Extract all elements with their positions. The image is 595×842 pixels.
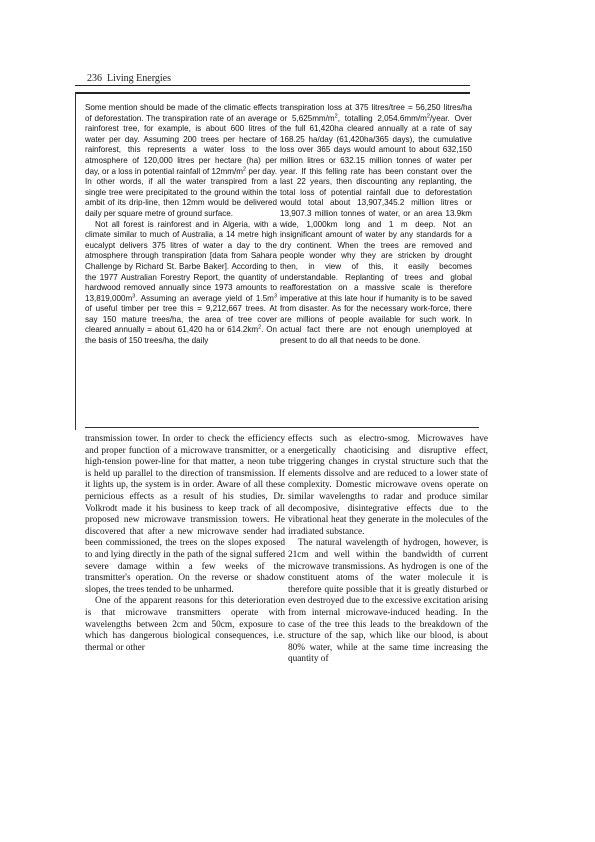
body-paragraph: One of the apparent reasons for this det… <box>85 596 285 654</box>
sidebar-paragraph: Not all forest is rainforest and in Alge… <box>85 220 277 347</box>
body-right-column: effects such as electro-smog. Microwaves… <box>288 434 488 666</box>
sidebar-right-column: transpiration loss at 375 litres/tree = … <box>280 103 472 347</box>
box-top-rule <box>75 92 470 94</box>
body-paragraph: transmission tower. In order to check th… <box>85 434 285 596</box>
body-paragraph: The natural wavelength of hydrogen, how­… <box>288 538 488 666</box>
box-bottom-rule <box>85 427 479 428</box>
page-number: 236 <box>87 73 102 84</box>
running-title: Living Energies <box>107 73 171 84</box>
box-left-border <box>75 93 76 430</box>
running-head: 236 Living Energies <box>87 73 171 84</box>
body-paragraph: effects such as electro-smog. Microwaves… <box>288 434 488 538</box>
sidebar-left-column: Some mention should be made of the clima… <box>85 103 277 347</box>
sidebar-paragraph: transpiration loss at 375 litres/tree = … <box>280 103 472 347</box>
body-left-column: transmission tower. In order to check th… <box>85 434 285 654</box>
header-rule <box>75 85 470 86</box>
sidebar-paragraph: Some mention should be made of the clima… <box>85 103 277 220</box>
